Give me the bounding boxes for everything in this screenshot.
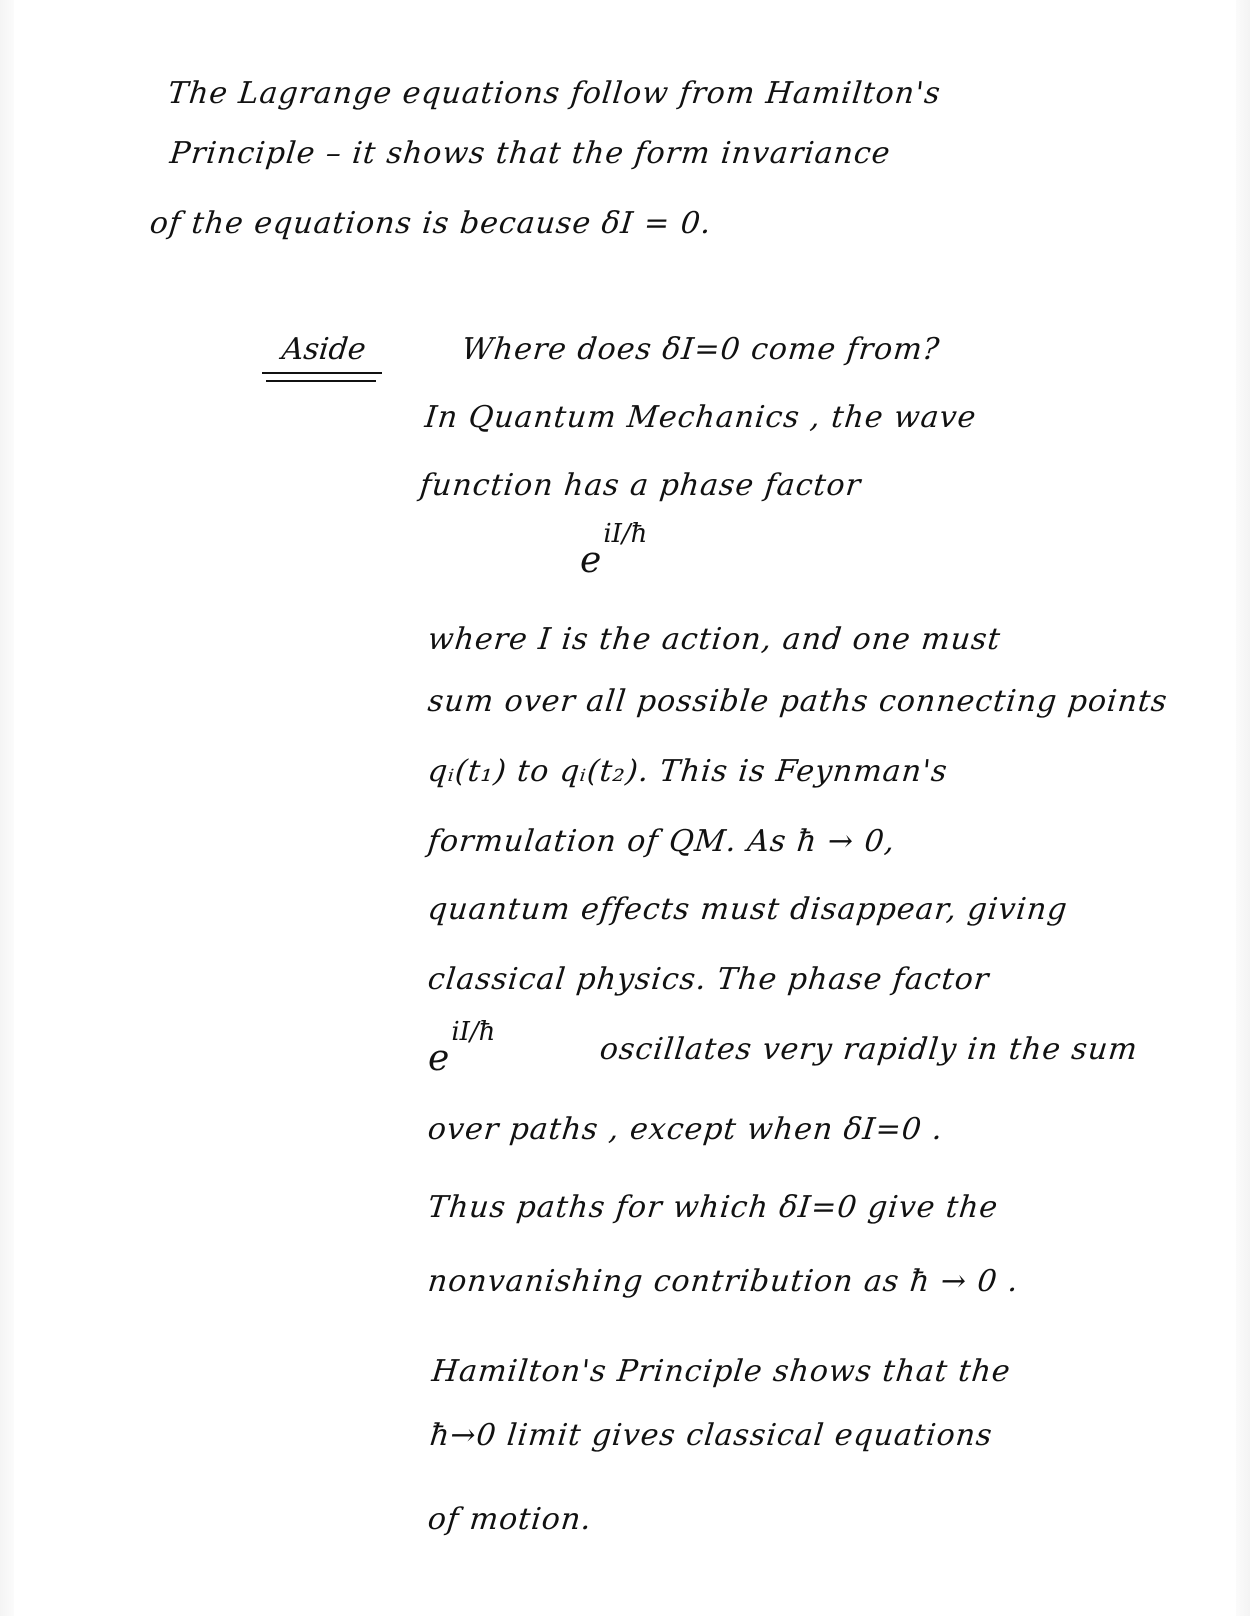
body-line-sum: sum over all possible paths connecting p… (426, 682, 1170, 722)
body-line-nonvanishing: nonvanishing contribution as ħ → 0 . (426, 1262, 1021, 1302)
body-line-action: where I is the action, and one must (426, 620, 1003, 660)
inline-phase-formula: eiI/ħ (428, 1038, 495, 1079)
body-line-thus: Thus paths for which δI=0 give the (426, 1188, 1000, 1228)
scan-edge-left (0, 0, 14, 1616)
formula-base: e (580, 540, 601, 581)
body-line-feynman: qᵢ(t₁) to qᵢ(t₂). This is Feynman's (426, 752, 950, 792)
body-line-over-paths: over paths , except when δI=0 . (426, 1110, 945, 1150)
intro-line-3: of the equations is because δI = 0. (148, 204, 714, 244)
aside-underline-1 (262, 372, 382, 374)
body-line-motion: of motion. (426, 1500, 594, 1540)
intro-line-2: Principle – it shows that the form invar… (168, 134, 893, 174)
inline-formula-exponent: iI/ħ (451, 1017, 495, 1047)
body-line-quantum: quantum effects must disappear, giving (426, 890, 1070, 930)
intro-line-1: The Lagrange equations follow from Hamil… (166, 74, 943, 114)
body-line-qm: In Quantum Mechanics , the wave (423, 398, 979, 438)
body-line-oscillates: oscillates very rapidly in the sum (598, 1030, 1140, 1070)
scanned-page: The Lagrange equations follow from Hamil… (0, 0, 1250, 1616)
aside-question: Where does δI=0 come from? (460, 330, 942, 370)
body-line-phase: function has a phase factor (418, 466, 863, 506)
inline-formula-base: e (428, 1038, 449, 1079)
body-line-hamilton: Hamilton's Principle shows that the (430, 1352, 1013, 1392)
scan-edge-right (1236, 0, 1250, 1616)
formula-exponent: iI/ħ (603, 519, 647, 549)
body-line-formulation: formulation of QM. As ħ → 0, (426, 822, 897, 862)
body-line-limit: ħ→0 limit gives classical equations (428, 1416, 995, 1456)
aside-label: Aside (280, 330, 368, 370)
body-line-classical: classical physics. The phase factor (426, 960, 991, 1000)
aside-underline-2 (266, 380, 376, 382)
phase-factor-formula: eiI/ħ (580, 540, 647, 581)
